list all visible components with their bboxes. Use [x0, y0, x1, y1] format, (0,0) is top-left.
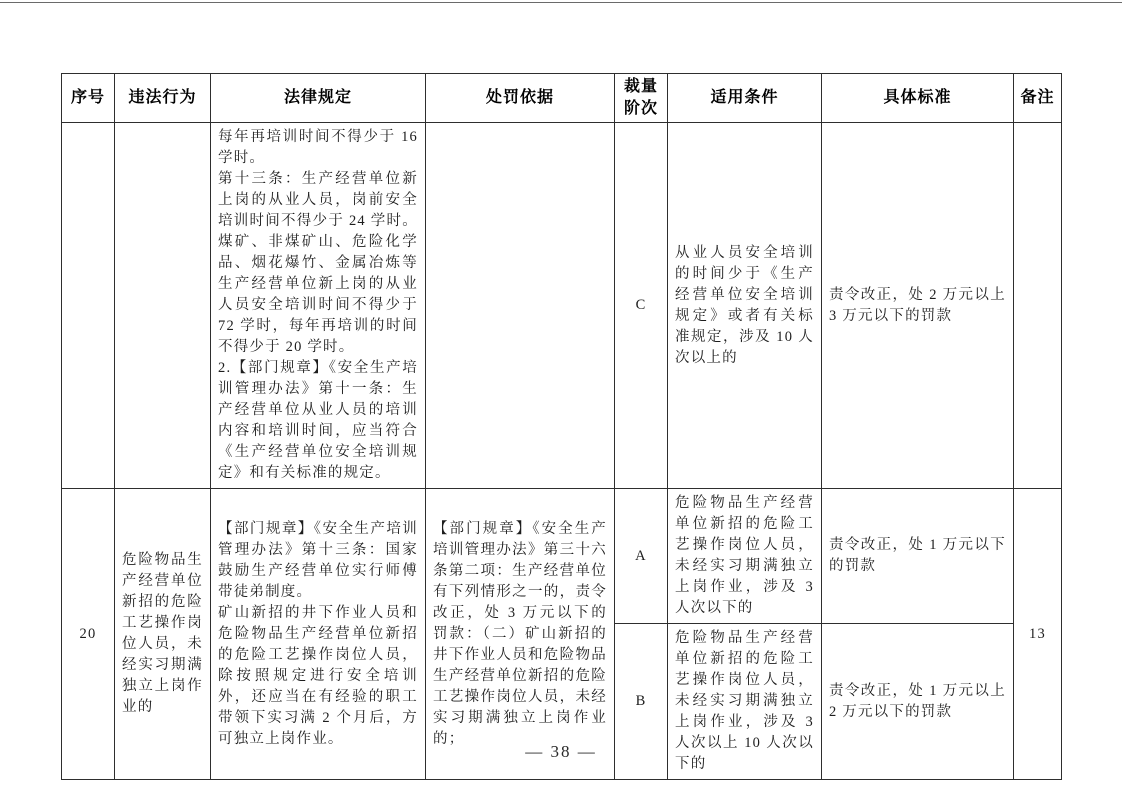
- cell-legal-provision: 每年再培训时间不得少于 16 学时。 第十三条：生产经营单位新上岗的从业人员，岗…: [211, 123, 426, 489]
- table-header-row: 序号 违法行为 法律规定 处罚依据 裁量阶次 适用条件 具体标准 备注: [62, 74, 1062, 123]
- col-header-violation: 违法行为: [115, 74, 211, 123]
- cell-remark: 13: [1014, 489, 1062, 780]
- cell-applicable-condition: 危险物品生产经营单位新招的危险工艺操作岗位人员，未经实习期满独立上岗作业，涉及 …: [668, 489, 822, 624]
- col-header-specific-standard: 具体标准: [822, 74, 1014, 123]
- cell-violation: 危险物品生产经营单位新招的危险工艺操作岗位人员，未经实习期满独立上岗作业的: [115, 489, 211, 780]
- cell-specific-standard: 责令改正，处 2 万元以上 3 万元以下的罚款: [822, 123, 1014, 489]
- cell-applicable-condition: 从业人员安全培训的时间少于《生产经营单位安全培训规定》或者有关标准规定，涉及 1…: [668, 123, 822, 489]
- cell-seq: [62, 123, 115, 489]
- cell-discretion-level: A: [615, 489, 668, 624]
- cell-discretion-level: C: [615, 123, 668, 489]
- col-header-remark: 备注: [1014, 74, 1062, 123]
- col-header-seq: 序号: [62, 74, 115, 123]
- cell-penalty-basis: [426, 123, 615, 489]
- cell-seq: 20: [62, 489, 115, 780]
- cell-specific-standard: 责令改正，处 1 万元以下的罚款: [822, 489, 1014, 624]
- top-rule: [0, 2, 1122, 3]
- document-page: 序号 违法行为 法律规定 处罚依据 裁量阶次 适用条件 具体标准 备注 每年再培…: [0, 0, 1122, 793]
- col-header-discretion-level: 裁量阶次: [615, 74, 668, 123]
- page-number: — 38 —: [0, 742, 1122, 762]
- cell-legal-provision: 【部门规章】《安全生产培训管理办法》第十三条：国家鼓励生产经营单位实行师傅带徒弟…: [211, 489, 426, 780]
- col-header-legal-provision: 法律规定: [211, 74, 426, 123]
- col-header-penalty-basis: 处罚依据: [426, 74, 615, 123]
- cell-penalty-basis: 【部门规章】《安全生产培训管理办法》第三十六条第二项：生产经营单位有下列情形之一…: [426, 489, 615, 780]
- penalty-standards-table: 序号 违法行为 法律规定 处罚依据 裁量阶次 适用条件 具体标准 备注 每年再培…: [61, 73, 1062, 780]
- table-row-20-sub-a: 20 危险物品生产经营单位新招的危险工艺操作岗位人员，未经实习期满独立上岗作业的…: [62, 489, 1062, 624]
- cell-remark: [1014, 123, 1062, 489]
- cell-violation: [115, 123, 211, 489]
- col-header-applicable-condition: 适用条件: [668, 74, 822, 123]
- table-row-continuation: 每年再培训时间不得少于 16 学时。 第十三条：生产经营单位新上岗的从业人员，岗…: [62, 123, 1062, 489]
